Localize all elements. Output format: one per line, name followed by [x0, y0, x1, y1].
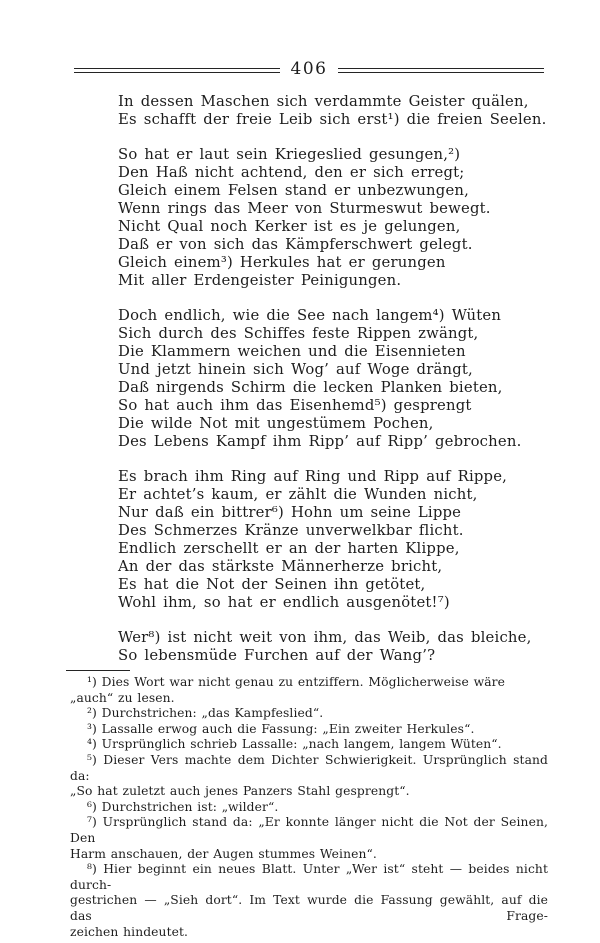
footnote-2: ²) Durchstrichen: „das Kampfeslied“. [70, 706, 548, 722]
poem-body: In dessen Maschen sich verdammte Geister… [118, 93, 564, 665]
verse-line: Nicht Qual noch Kerker ist es je gelunge… [118, 218, 564, 236]
footnote-6: ⁶) Durchstrichen ist: „wilder“. [70, 800, 548, 816]
verse-line: Den Haß nicht achtend, den er sich erreg… [118, 164, 564, 182]
footnote-line: ³) Lassalle erwog auch die Fassung: „Ein… [70, 722, 548, 738]
verse-line: Wohl ihm, so hat er endlich ausgenötet!⁷… [118, 594, 564, 612]
footnote-8: ⁸) Hier beginnt ein neues Blatt. Unter „… [70, 862, 548, 940]
footnote-line: ⁷) Ursprünglich stand da: „Er konnte län… [70, 815, 548, 846]
verse-line: Wer⁸) ist nicht weit von ihm, das Weib, … [118, 629, 564, 647]
page-number: 406 [289, 61, 330, 80]
footnote-line: ²) Durchstrichen: „das Kampfeslied“. [70, 706, 548, 722]
verse-line: Nur daß ein bittrer⁶) Hohn um seine Lipp… [118, 504, 564, 522]
stanza-4: Es brach ihm Ring auf Ring und Ripp auf … [118, 468, 564, 612]
verse-line: Gleich einem³) Herkules hat er gerungen [118, 254, 564, 272]
footnote-1: ¹) Dies Wort war nicht genau zu entziffe… [70, 675, 548, 706]
footnote-5: ⁵) Dieser Vers machte dem Dichter Schwie… [70, 753, 548, 800]
verse-line: Des Lebens Kampf ihm Ripp’ auf Ripp’ geb… [118, 433, 564, 451]
stanza-1: In dessen Maschen sich verdammte Geister… [118, 93, 564, 129]
verse-line: Und jetzt hinein sich Wog’ auf Woge drän… [118, 361, 564, 379]
verse-line: Es schafft der freie Leib sich erst¹) di… [118, 111, 564, 129]
stanza-2: So hat er laut sein Kriegeslied gesungen… [118, 146, 564, 290]
stanza-5: Wer⁸) ist nicht weit von ihm, das Weib, … [118, 629, 564, 665]
verse-line: Daß er von sich das Kämpferschwert geleg… [118, 236, 564, 254]
verse-line: Mit aller Erdengeister Peinigungen. [118, 272, 564, 290]
footnote-line: ⁶) Durchstrichen ist: „wilder“. [70, 800, 548, 816]
footnote-line: „So hat zuletzt auch jenes Panzers Stahl… [70, 784, 548, 800]
footnote-line: ⁴) Ursprünglich schrieb Lassalle: „nach … [70, 737, 548, 753]
verse-line: Daß nirgends Schirm die lecken Planken b… [118, 379, 564, 397]
footnotes-block: ¹) Dies Wort war nicht genau zu entziffe… [70, 675, 548, 940]
verse-line: Sich durch des Schiffes feste Rippen zwä… [118, 325, 564, 343]
footnote-line: zeichen hindeutet. [70, 925, 548, 941]
footnote-line: ⁸) Hier beginnt ein neues Blatt. Unter „… [70, 862, 548, 893]
verse-line: Es brach ihm Ring auf Ring und Ripp auf … [118, 468, 564, 486]
footnote-line: gestrichen — „Sieh dort“. Im Text wurde … [70, 893, 548, 924]
stanza-3: Doch endlich, wie die See nach langem⁴) … [118, 307, 564, 451]
verse-line: Des Schmerzes Kränze unverwelkbar flicht… [118, 522, 564, 540]
verse-line: Endlich zerschellt er an der harten Klip… [118, 540, 564, 558]
verse-line: So hat auch ihm das Eisenhemd⁵) gespreng… [118, 397, 564, 415]
footnote-separator [66, 670, 130, 671]
verse-line: An der das stärkste Männerherze bricht, [118, 558, 564, 576]
verse-line: Die wilde Not mit ungestümem Pochen, [118, 415, 564, 433]
verse-line: Gleich einem Felsen stand er unbezwungen… [118, 182, 564, 200]
footnote-line: ¹) Dies Wort war nicht genau zu entziffe… [70, 675, 548, 706]
verse-line: So lebensmüde Furchen auf der Wang’? [118, 647, 564, 665]
book-page: 406 In dessen Maschen sich verdammte Gei… [0, 0, 600, 943]
header-rule-left [74, 68, 280, 73]
header-rule-right [338, 68, 544, 73]
verse-line: Die Klammern weichen und die Eisennieten [118, 343, 564, 361]
verse-line: Doch endlich, wie die See nach langem⁴) … [118, 307, 564, 325]
footnote-line: ⁵) Dieser Vers machte dem Dichter Schwie… [70, 753, 548, 784]
footnote-3: ³) Lassalle erwog auch die Fassung: „Ein… [70, 722, 548, 738]
footnote-7: ⁷) Ursprünglich stand da: „Er konnte län… [70, 815, 548, 862]
verse-line: Er achtet’s kaum, er zählt die Wunden ni… [118, 486, 564, 504]
verse-line: Es hat die Not der Seinen ihn getötet, [118, 576, 564, 594]
verse-line: So hat er laut sein Kriegeslied gesungen… [118, 146, 564, 164]
verse-line: Wenn rings das Meer von Sturmeswut beweg… [118, 200, 564, 218]
page-header: 406 [74, 61, 544, 80]
verse-line: In dessen Maschen sich verdammte Geister… [118, 93, 564, 111]
footnote-line: Harm anschauen, der Augen stummes Weinen… [70, 847, 548, 863]
footnote-4: ⁴) Ursprünglich schrieb Lassalle: „nach … [70, 737, 548, 753]
